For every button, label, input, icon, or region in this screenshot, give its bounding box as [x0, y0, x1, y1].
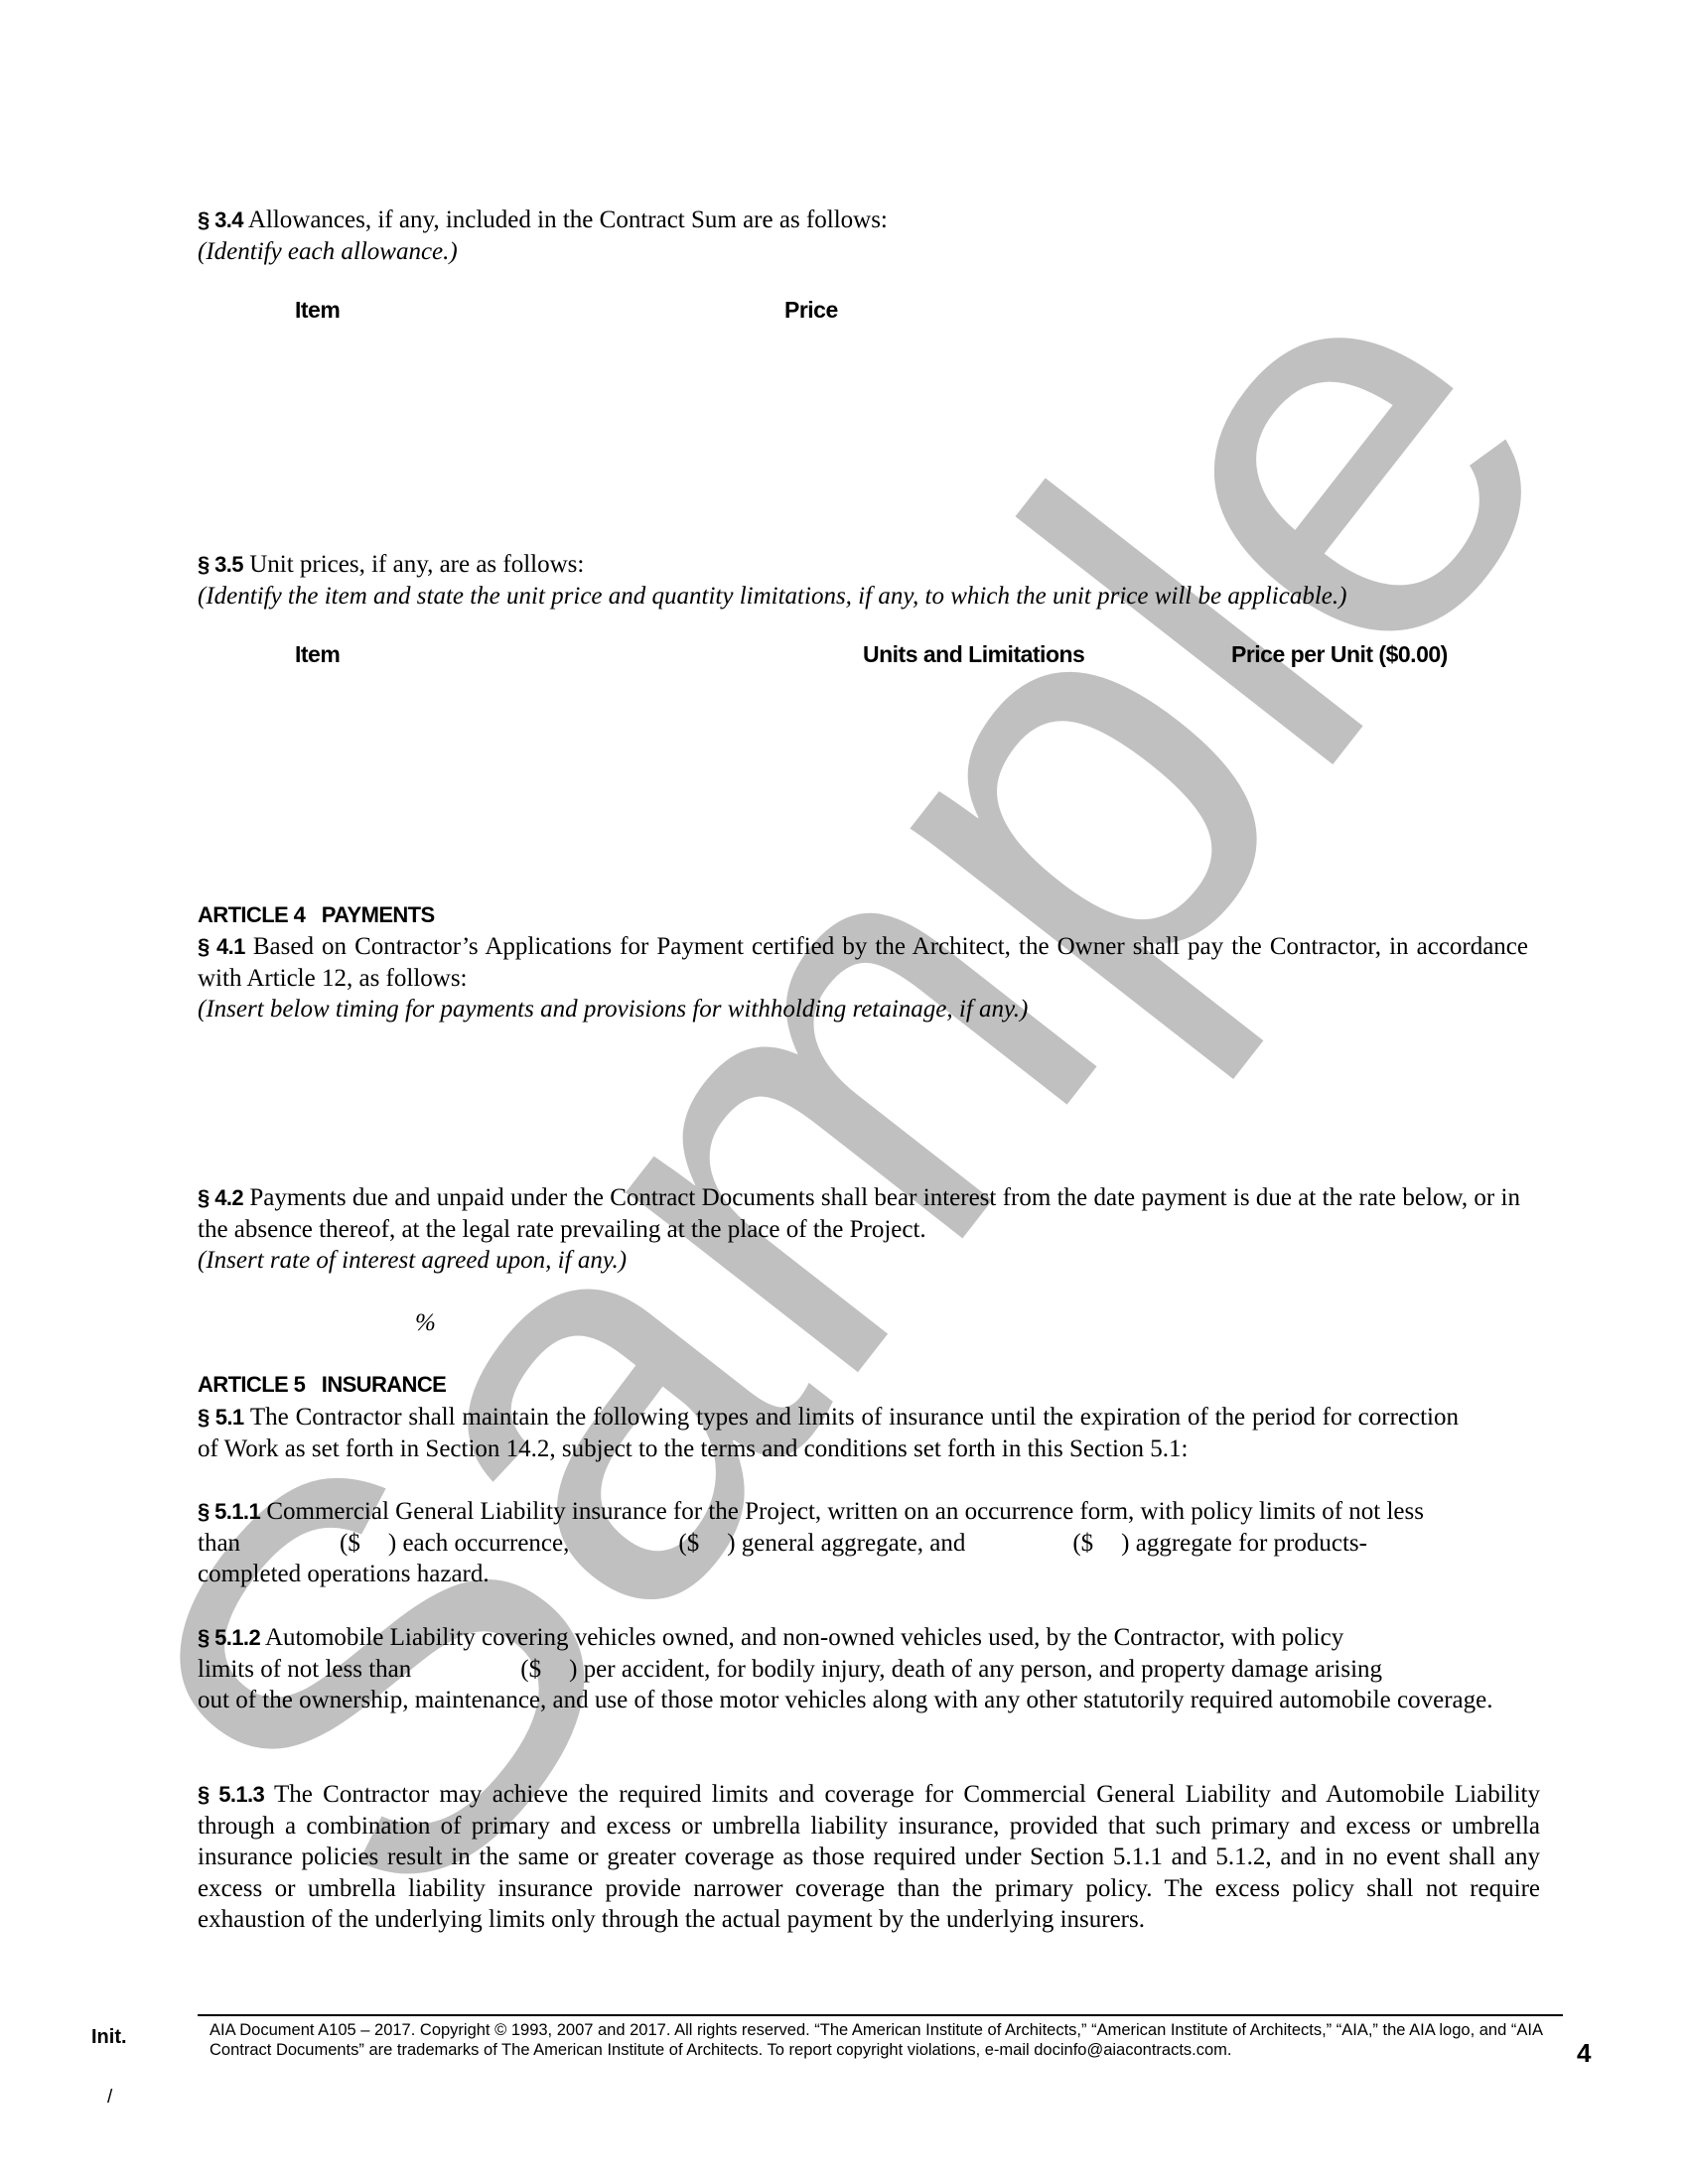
- column-header-item: Item: [295, 297, 340, 324]
- section-number: § 4.1: [198, 934, 245, 959]
- section-number: § 4.2: [198, 1185, 243, 1210]
- section-number: § 3.4: [198, 207, 243, 232]
- section-number: § 5.1.3: [198, 1782, 264, 1807]
- section-number: § 5.1.1: [198, 1499, 260, 1524]
- page-number: 4: [1577, 2038, 1591, 2069]
- section-text: Payments due and unpaid under the Contra…: [198, 1184, 1520, 1243]
- text-fragment: ) each occurrence,: [388, 1530, 570, 1557]
- initials-label: Init.: [91, 2026, 127, 2049]
- section-text: Allowances, if any, included in the Cont…: [248, 206, 888, 233]
- column-header-units-limitations: Units and Limitations: [863, 641, 1084, 668]
- text-fragment: limits of not less than: [198, 1656, 411, 1683]
- column-header-price-per-unit: Price per Unit ($0.00): [1231, 641, 1448, 668]
- text-fragment: than: [198, 1530, 240, 1557]
- section-4-2: § 4.2 Payments due and unpaid under the …: [198, 1182, 1520, 1277]
- text-fragment: ) aggregate for products-: [1121, 1530, 1367, 1557]
- section-instruction: (Identify each allowance.): [198, 236, 1528, 268]
- initials-slash: /: [107, 2087, 112, 2109]
- section-3-5: § 3.5 Unit prices, if any, are as follow…: [198, 549, 1588, 612]
- section-number: § 3.5: [198, 552, 243, 577]
- column-header-item: Item: [295, 641, 340, 668]
- section-5-1-3: § 5.1.3 The Contractor may achieve the r…: [198, 1779, 1540, 1936]
- section-text: Automobile Liability covering vehicles o…: [265, 1624, 1343, 1651]
- blank-each-occurrence-amount: ($: [340, 1530, 360, 1557]
- section-3-4: § 3.4 Allowances, if any, included in th…: [198, 205, 1528, 267]
- section-text: out of the ownership, maintenance, and u…: [198, 1685, 1528, 1716]
- page-content: § 3.4 Allowances, if any, included in th…: [0, 0, 1688, 2184]
- section-number: § 5.1.2: [198, 1625, 260, 1650]
- column-header-price: Price: [784, 297, 838, 324]
- article-5-heading: ARTICLE 5 INSURANCE: [198, 1372, 446, 1398]
- section-text: Unit prices, if any, are as follows:: [249, 551, 584, 578]
- section-text: completed operations hazard.: [198, 1559, 1528, 1590]
- blank-per-accident-amount: ($: [520, 1656, 541, 1683]
- copyright-notice: AIA Document A105 – 2017. Copyright © 19…: [210, 2020, 1560, 2060]
- section-text: The Contractor may achieve the required …: [198, 1781, 1540, 1933]
- section-text: Based on Contractor’s Applications for P…: [198, 933, 1528, 992]
- text-fragment: ) per accident, for bodily injury, death…: [569, 1656, 1382, 1683]
- section-text: Commercial General Liability insurance f…: [266, 1498, 1424, 1525]
- document-page: Sample § 3.4 Allowances, if any, include…: [0, 0, 1688, 2184]
- article-4-heading: ARTICLE 4 PAYMENTS: [198, 902, 435, 928]
- section-5-1-1: § 5.1.1 Commercial General Liability ins…: [198, 1496, 1528, 1590]
- blank-products-aggregate-amount: ($: [1072, 1530, 1093, 1557]
- section-instruction: (Insert rate of interest agreed upon, if…: [198, 1245, 1520, 1277]
- section-text: The Contractor shall maintain the follow…: [198, 1404, 1459, 1462]
- blank-general-aggregate-amount: ($: [678, 1530, 699, 1557]
- section-5-1-2: § 5.1.2 Automobile Liability covering ve…: [198, 1622, 1528, 1716]
- section-number: § 5.1: [198, 1405, 244, 1430]
- section-5-1: § 5.1 The Contractor shall maintain the …: [198, 1402, 1459, 1464]
- section-instruction: (Identify the item and state the unit pr…: [198, 581, 1588, 613]
- section-4-1: § 4.1 Based on Contractor’s Applications…: [198, 931, 1528, 1025]
- interest-rate-percent: %: [415, 1307, 436, 1339]
- text-fragment: ) general aggregate, and: [727, 1530, 965, 1557]
- section-instruction: (Insert below timing for payments and pr…: [198, 994, 1528, 1025]
- footer-divider: [198, 2014, 1563, 2016]
